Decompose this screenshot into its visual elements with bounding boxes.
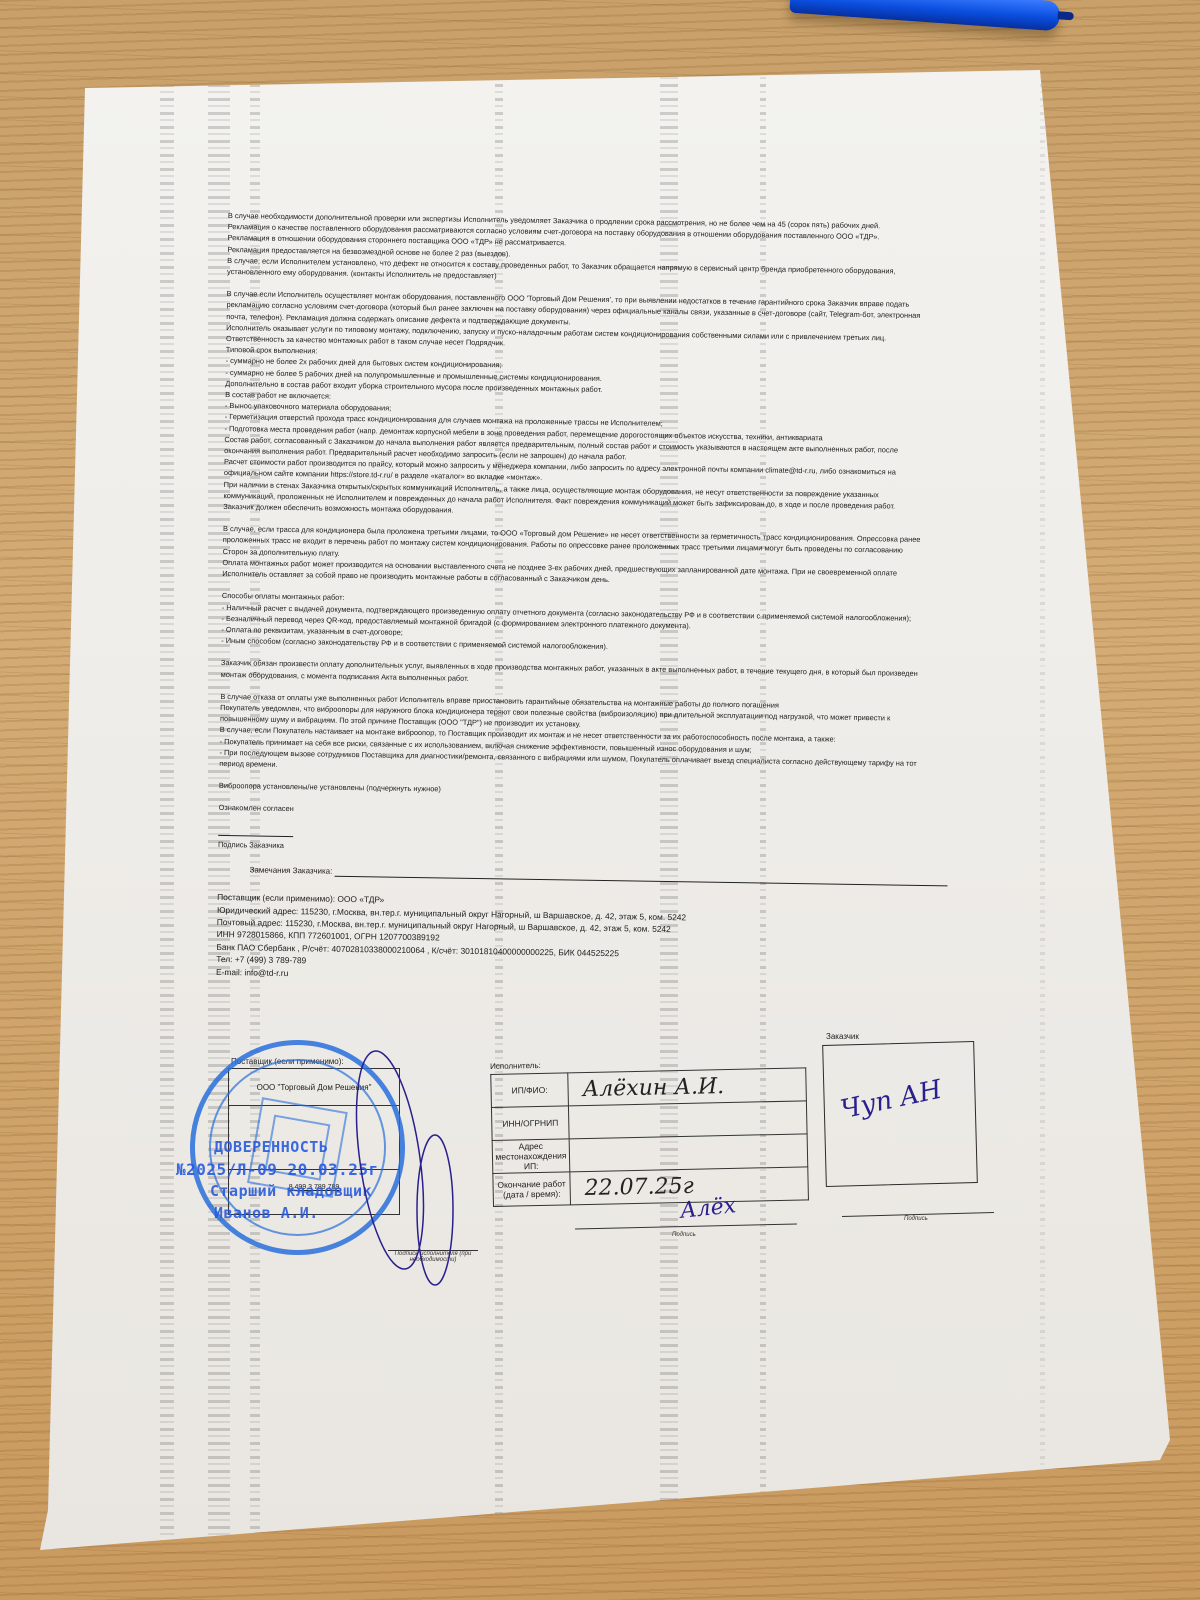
section-payment-methods: Способы оплаты монтажных работ: - Наличн… — [221, 590, 922, 657]
executor-table: Исполнитель: ИП/ФИО: Алёхин А.И. ИНН/ОГР… — [490, 1055, 809, 1207]
executor-signature-caption: Подпись — [672, 1232, 696, 1238]
stamp-line-4: Иванов А.И. — [214, 1204, 319, 1222]
remarks-line — [334, 868, 947, 887]
customer-remarks: Замечания Заказчика: — [250, 864, 918, 886]
customer-signature-line — [218, 824, 293, 836]
executor-name-value: Алёхин А.И. — [568, 1068, 807, 1106]
section-claims: В случае необходимости дополнительной пр… — [227, 210, 928, 288]
stamp-line-1: ДОВЕРЕННОСТЬ — [214, 1138, 328, 1156]
section-vibration-mounts: В случае отказа от оплаты уже выполненны… — [219, 691, 920, 780]
customer-signature-label: Подпись Заказчика — [218, 839, 918, 861]
document-body: В случае необходимости дополнительной пр… — [216, 210, 928, 989]
customer-title: Заказчик — [826, 1032, 859, 1041]
section-third-party: В случае, если трасса для кондиционера б… — [222, 523, 923, 590]
pen-tip — [1057, 11, 1074, 20]
customer-signature-caption: Подпись — [904, 1216, 928, 1222]
blue-pen — [789, 0, 1060, 31]
signature-loops-icon — [340, 1040, 480, 1290]
executor-row-end-date: Окончание работ (дата / время): 22.07.25… — [493, 1167, 809, 1207]
supplier-requisites: Поставщик (если применимо): ООО «ТДР» Юр… — [216, 891, 917, 989]
section-installation: В случае если Исполнитель осуществляет м… — [223, 288, 926, 523]
